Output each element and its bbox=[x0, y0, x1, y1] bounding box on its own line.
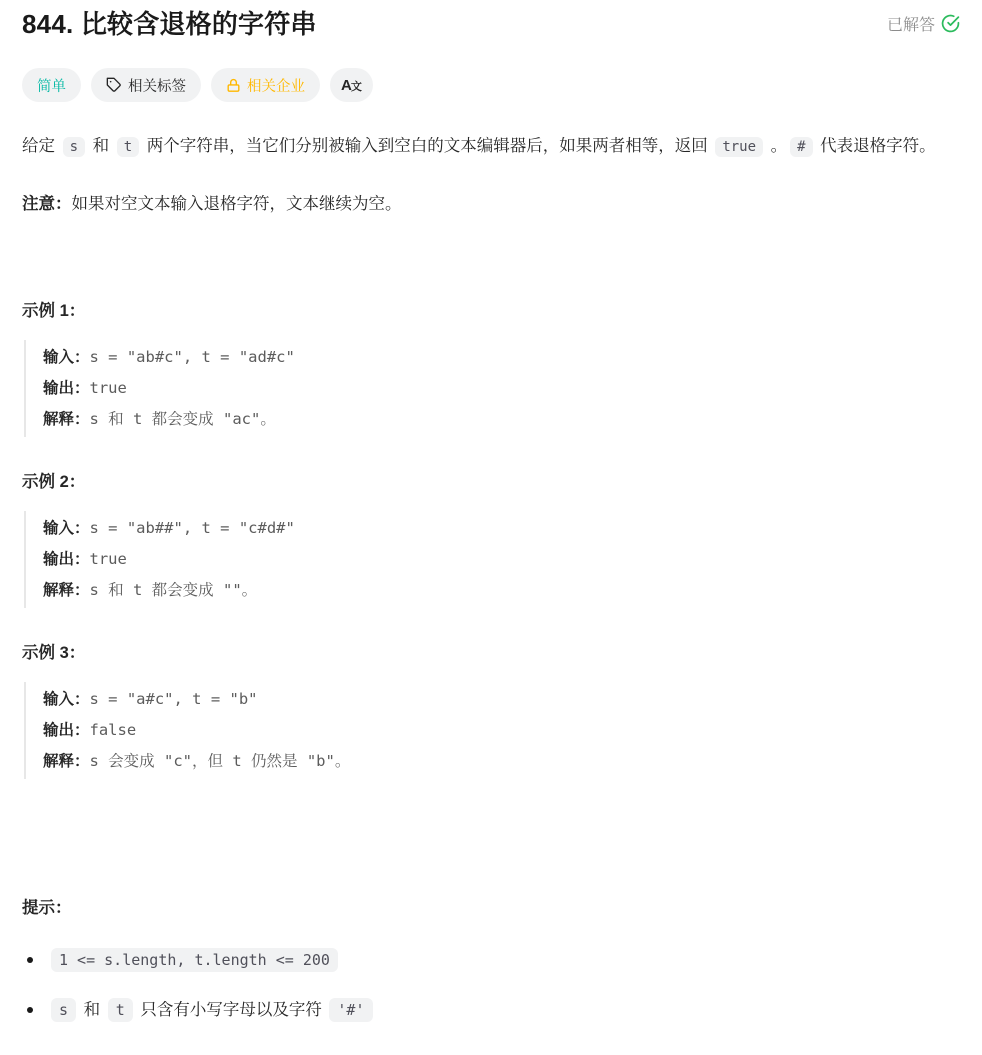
related-companies-button[interactable]: 相关企业 bbox=[211, 68, 320, 102]
related-tags-label: 相关标签 bbox=[128, 75, 186, 96]
desc-text: 和 bbox=[88, 137, 114, 155]
spacer bbox=[22, 813, 960, 897]
example-input-line: 输入：s = "ab##", t = "c#d#" bbox=[43, 513, 960, 544]
code-chip-t: t bbox=[108, 998, 133, 1022]
example-title: 示例 3： bbox=[22, 642, 960, 664]
difficulty-label: 简单 bbox=[37, 75, 66, 96]
desc-text: 代表退格字符。 bbox=[816, 137, 936, 155]
desc-text: 给定 bbox=[22, 137, 60, 155]
example-input-line: 输入：s = "a#c", t = "b" bbox=[43, 684, 960, 715]
example-output-line: 输出：false bbox=[43, 715, 960, 746]
note-text: 如果对空文本输入退格字符，文本继续为空。 bbox=[72, 195, 402, 213]
example-explain-line: 解释：s 和 t 都会变成 ""。 bbox=[43, 575, 960, 606]
description-paragraph: 给定 s 和 t 两个字符串，当它们分别被输入到空白的文本编辑器后，如果两者相等… bbox=[22, 130, 960, 162]
tag-icon bbox=[106, 77, 122, 93]
note-label: 注意： bbox=[22, 195, 72, 213]
example-block: 输入：s = "a#c", t = "b" 输出：false 解释：s 会变成 … bbox=[24, 682, 960, 779]
code-chip-hash-quoted: '#' bbox=[329, 998, 372, 1022]
constraints-list: 1 <= s.length, t.length <= 200 s 和 t 只含有… bbox=[22, 945, 960, 1025]
page-title: 844. 比较含退格的字符串 bbox=[22, 6, 317, 42]
desc-text: 。 bbox=[766, 137, 787, 155]
example-title: 示例 2： bbox=[22, 471, 960, 493]
check-circle-icon bbox=[941, 14, 960, 33]
constraint-item: 1 <= s.length, t.length <= 200 bbox=[22, 945, 960, 975]
spacer bbox=[22, 220, 960, 300]
example-output-line: 输出：true bbox=[43, 373, 960, 404]
problem-description-page: 844. 比较含退格的字符串 已解答 简单 相关标签 bbox=[0, 0, 982, 1055]
code-chip-true: true bbox=[715, 137, 763, 157]
constraint-item: s 和 t 只含有小写字母以及字符 '#' bbox=[22, 995, 960, 1025]
code-chip-length: 1 <= s.length, t.length <= 200 bbox=[51, 948, 338, 972]
related-companies-label: 相关企业 bbox=[247, 75, 305, 96]
example-1: 示例 1： 输入：s = "ab#c", t = "ad#c" 输出：true … bbox=[22, 300, 960, 437]
lock-icon bbox=[226, 78, 241, 93]
header: 844. 比较含退格的字符串 已解答 bbox=[22, 6, 960, 42]
example-input-line: 输入：s = "ab#c", t = "ad#c" bbox=[43, 342, 960, 373]
constraints-title: 提示： bbox=[22, 897, 960, 919]
solved-status: 已解答 bbox=[887, 12, 960, 35]
note-paragraph: 注意：如果对空文本输入退格字符，文本继续为空。 bbox=[22, 188, 960, 220]
badge-row: 简单 相关标签 相关企业 A文 bbox=[22, 68, 960, 102]
desc-text: 两个字符串，当它们分别被输入到空白的文本编辑器后，如果两者相等，返回 bbox=[142, 137, 712, 155]
code-chip-t: t bbox=[117, 137, 139, 157]
code-chip-s: s bbox=[51, 998, 76, 1022]
example-title: 示例 1： bbox=[22, 300, 960, 322]
example-block: 输入：s = "ab#c", t = "ad#c" 输出：true 解释：s 和… bbox=[24, 340, 960, 437]
solved-label: 已解答 bbox=[887, 12, 935, 35]
example-2: 示例 2： 输入：s = "ab##", t = "c#d#" 输出：true … bbox=[22, 471, 960, 608]
code-chip-s: s bbox=[63, 137, 85, 157]
example-explain-line: 解释：s 会变成 "c"，但 t 仍然是 "b"。 bbox=[43, 746, 960, 777]
code-chip-hash: # bbox=[790, 137, 812, 157]
example-output-line: 输出：true bbox=[43, 544, 960, 575]
translate-icon: A文 bbox=[341, 77, 362, 94]
example-block: 输入：s = "ab##", t = "c#d#" 输出：true 解释：s 和… bbox=[24, 511, 960, 608]
example-explain-line: 解释：s 和 t 都会变成 "ac"。 bbox=[43, 404, 960, 435]
difficulty-badge[interactable]: 简单 bbox=[22, 68, 81, 102]
example-3: 示例 3： 输入：s = "a#c", t = "b" 输出：false 解释：… bbox=[22, 642, 960, 779]
translate-button[interactable]: A文 bbox=[330, 68, 373, 102]
related-tags-button[interactable]: 相关标签 bbox=[91, 68, 201, 102]
